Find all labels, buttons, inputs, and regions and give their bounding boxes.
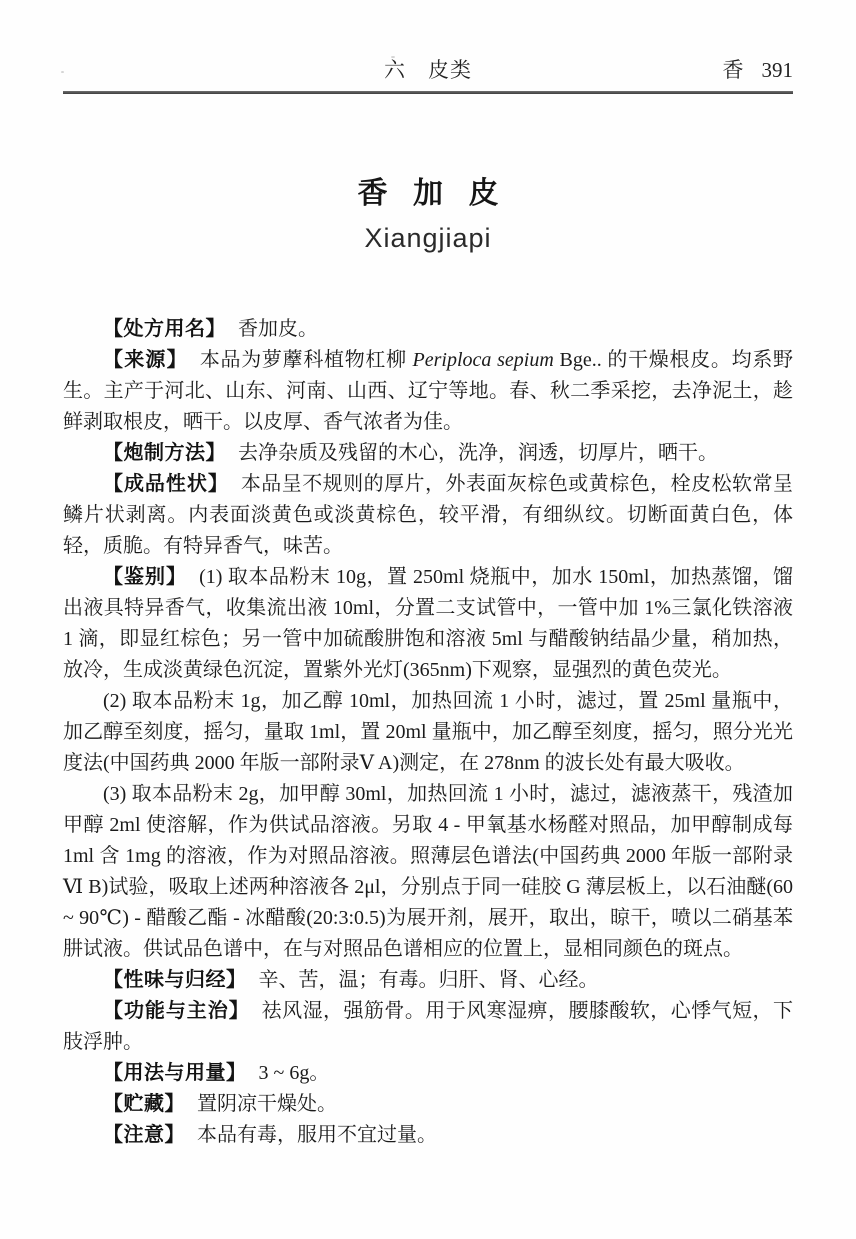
monograph-section: 【成品性状】本品呈不规则的厚片，外表面灰棕色或黄棕色，栓皮松软常呈鳞片状剥离。内… <box>63 469 793 562</box>
header-folio: 香 391 <box>723 56 794 84</box>
monograph-section: 【处方用名】香加皮。 <box>63 314 793 345</box>
monograph-section: 【来源】本品为萝藦科植物杠柳 Periploca sepium Bge.. 的干… <box>63 345 793 438</box>
section-label: 【注意】 <box>103 1124 185 1146</box>
section-text: (3) 取本品粉末 2g，加甲醇 30ml，加热回流 1 小时，滤过，滤液蒸干，… <box>63 783 793 960</box>
page-header: 六 皮类 香 391 <box>63 56 793 84</box>
section-text: 香加皮。 <box>238 318 318 340</box>
monograph-section: (3) 取本品粉末 2g，加甲醇 30ml，加热回流 1 小时，滤过，滤液蒸干，… <box>63 779 793 965</box>
page: 六 皮类 香 391 香加皮 Xiangjiapi 【处方用名】香加皮。【来源】… <box>0 0 856 1239</box>
monograph-section: 【炮制方法】去净杂质及残留的木心，洗净，润透，切厚片，晒干。 <box>63 438 793 469</box>
section-label: 【成品性状】 <box>103 473 229 495</box>
section-label: 【贮藏】 <box>103 1093 185 1115</box>
section-label: 【来源】 <box>103 349 188 371</box>
section-label: 【炮制方法】 <box>103 442 226 464</box>
section-text: 本品有毒，服用不宜过量。 <box>197 1124 437 1146</box>
section-label: 【处方用名】 <box>103 318 226 340</box>
header-page-number: 391 <box>762 56 794 84</box>
monograph-pinyin: Xiangjiapi <box>0 223 856 253</box>
section-text: 置阴凉干燥处。 <box>197 1093 337 1115</box>
scan-speck <box>61 71 64 73</box>
header-section-title: 六 皮类 <box>384 56 472 84</box>
section-text: 本品为萝藦科植物杠柳 <box>200 349 413 371</box>
section-text: (2) 取本品粉末 1g，加乙醇 10ml，加热回流 1 小时，滤过，置 25m… <box>63 690 793 774</box>
section-label: 【性味与归经】 <box>103 969 247 991</box>
monograph-title: 香加皮 <box>0 178 856 210</box>
scan-speck <box>391 56 395 58</box>
latin-binomial: Periploca sepium <box>413 349 554 371</box>
header-running-char: 香 <box>723 56 744 84</box>
monograph-section: 【功能与主治】祛风湿，强筋骨。用于风寒湿痹，腰膝酸软，心悸气短，下肢浮肿。 <box>63 996 793 1058</box>
monograph-section: 【鉴别】(1) 取本品粉末 10g，置 250ml 烧瓶中，加水 150ml，加… <box>63 562 793 686</box>
monograph-section: 【贮藏】置阴凉干燥处。 <box>63 1089 793 1120</box>
section-text: 去净杂质及残留的木心，洗净，润透，切厚片，晒干。 <box>238 442 718 464</box>
section-text: 3 ~ 6g。 <box>259 1062 330 1084</box>
monograph-title-text: 香加皮 <box>358 177 525 210</box>
section-label: 【用法与用量】 <box>103 1062 247 1084</box>
section-text: 辛、苦，温；有毒。归肝、肾、心经。 <box>259 969 599 991</box>
section-label: 【功能与主治】 <box>103 1000 250 1022</box>
section-label: 【鉴别】 <box>103 566 187 588</box>
header-divider <box>63 91 793 94</box>
monograph-section: 【注意】本品有毒，服用不宜过量。 <box>63 1120 793 1151</box>
monograph-section: 【性味与归经】辛、苦，温；有毒。归肝、肾、心经。 <box>63 965 793 996</box>
monograph-section: (2) 取本品粉末 1g，加乙醇 10ml，加热回流 1 小时，滤过，置 25m… <box>63 686 793 779</box>
monograph-section: 【用法与用量】3 ~ 6g。 <box>63 1058 793 1089</box>
document-body: 【处方用名】香加皮。【来源】本品为萝藦科植物杠柳 Periploca sepiu… <box>63 314 793 1151</box>
